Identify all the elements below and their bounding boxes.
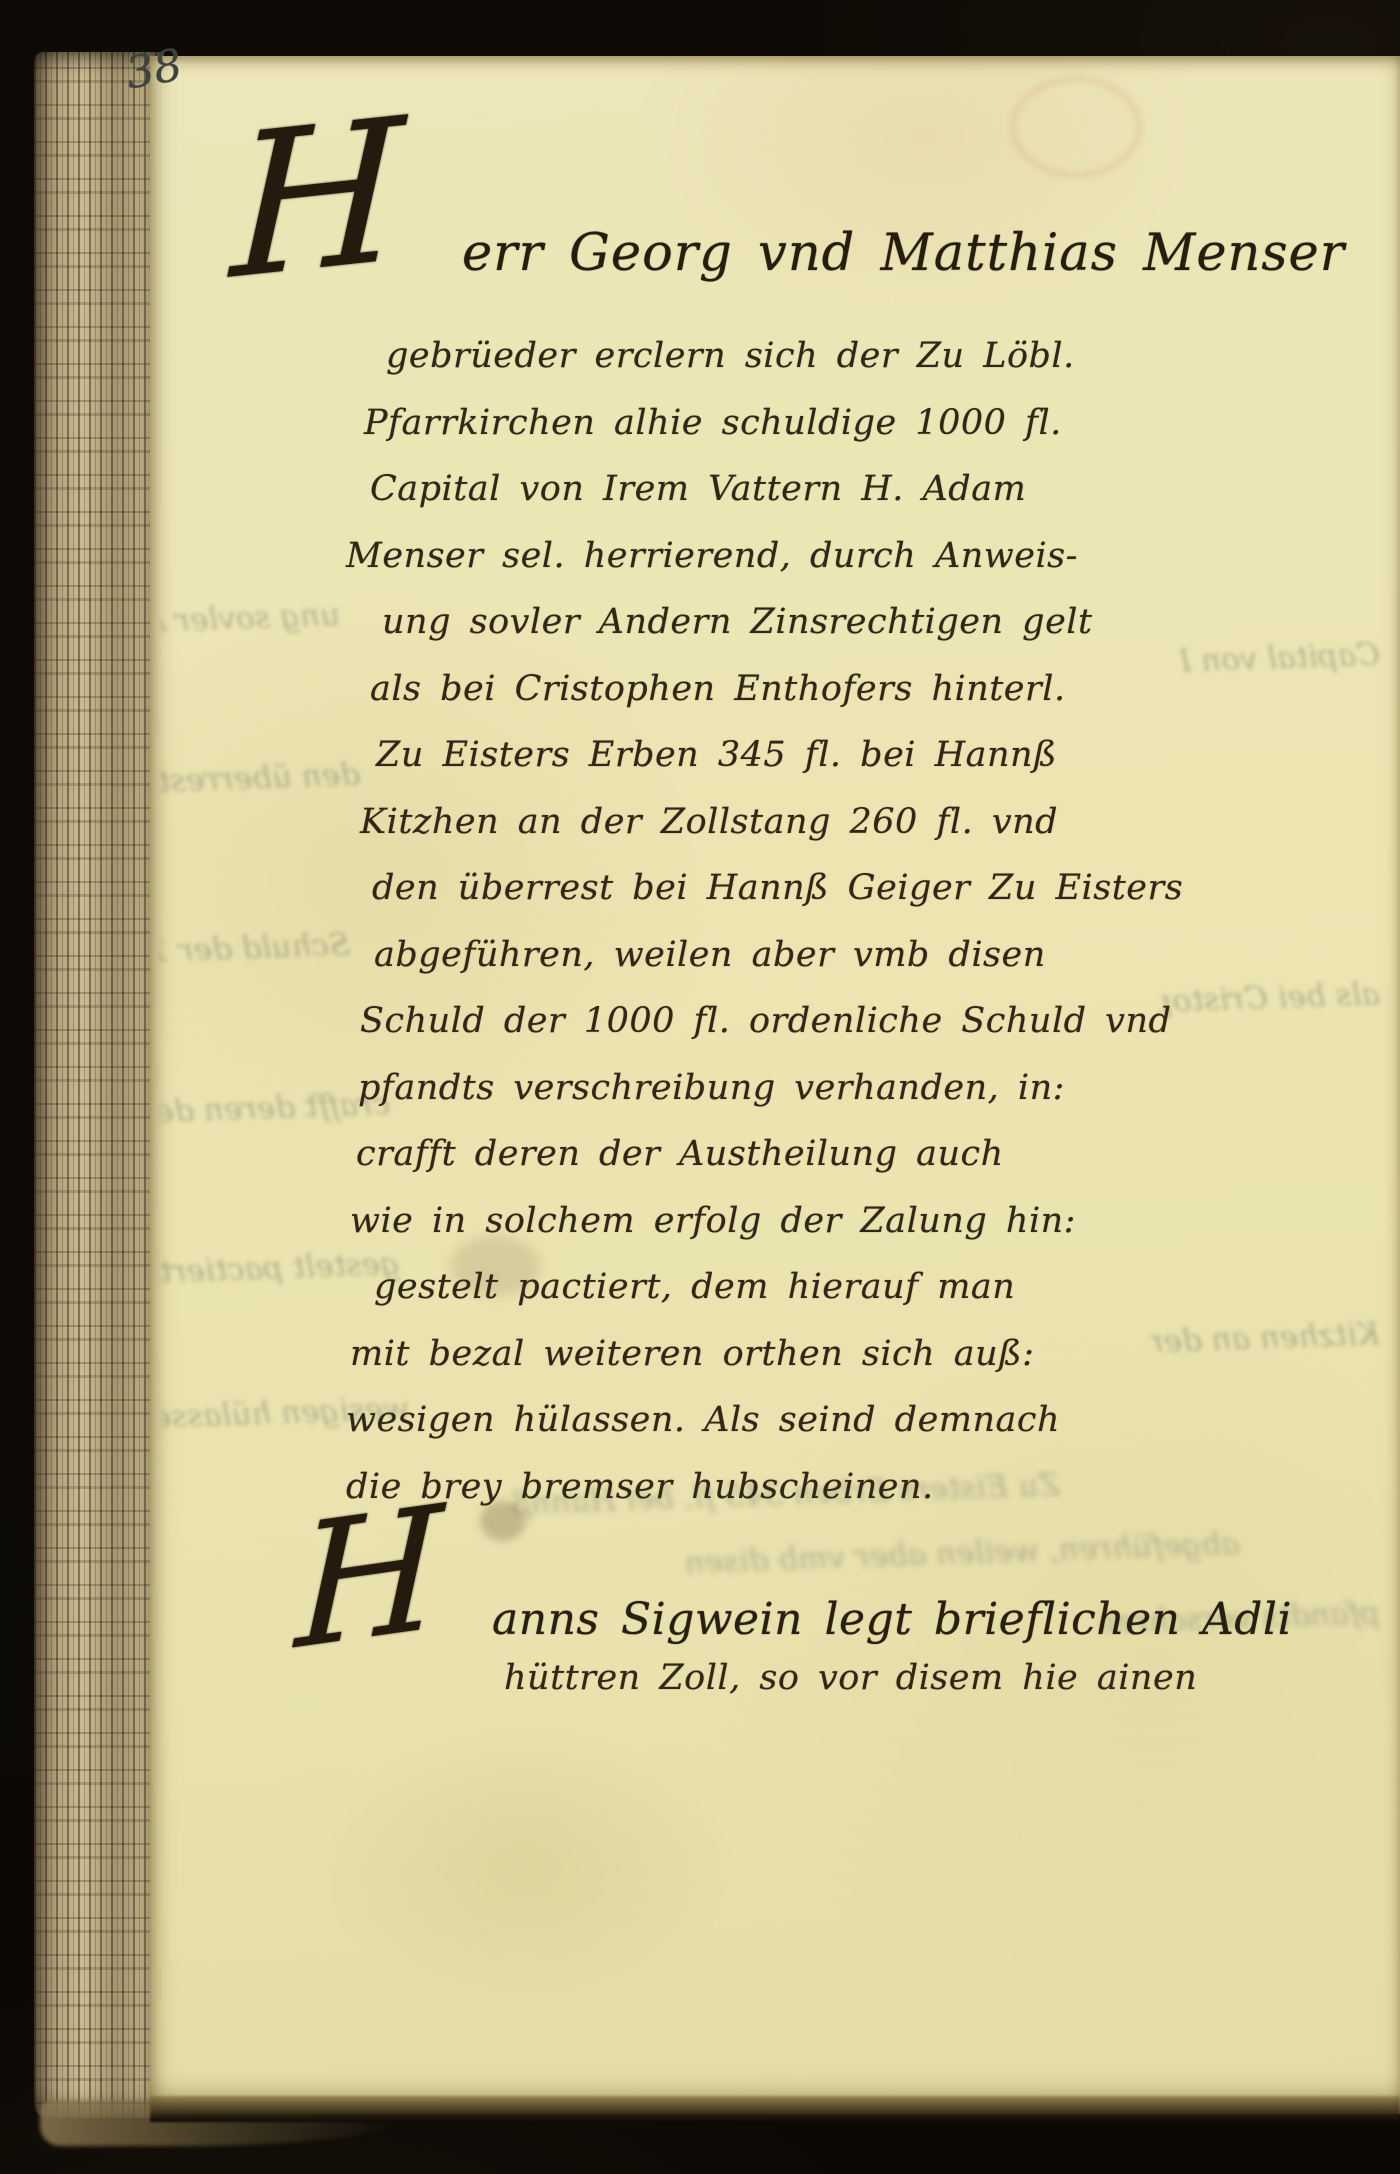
manuscript-line: Menser sel. herrierend, durch Anweis-: [330, 536, 1340, 603]
manuscript-line: Capital von Irem Vattern H. Adam: [330, 469, 1340, 536]
manuscript-line: als bei Cristophen Enthofers hinterl.: [330, 669, 1340, 736]
manuscript-line: Schuld der 1000 fl. ordenliche Schuld vn…: [330, 1001, 1340, 1068]
manuscript-line: abgeführen, weilen aber vmb disen: [330, 935, 1340, 1002]
manuscript-line: ung sovler Andern Zinsrechtigen gelt: [330, 602, 1340, 669]
entry-heading: err Georg vnd Matthias Menser: [462, 224, 1345, 283]
manuscript-line: Zu Eisters Erben 345 fl. bei Hannß: [330, 735, 1340, 802]
manuscript-line: den überrest bei Hannß Geiger Zu Eisters: [330, 868, 1340, 935]
manuscript-line: Pfarrkirchen alhie schuldige 1000 fl.: [330, 403, 1340, 470]
manuscript-line: wie in solchem erfolg der Zalung hin:: [330, 1201, 1340, 1268]
paper-stain: [1010, 76, 1142, 178]
page-number: 38: [122, 40, 186, 100]
heading-initial-flourish: H: [294, 1487, 445, 1670]
entry-body-text: gebrüeder erclern sich der Zu Löbl. Pfar…: [330, 336, 1340, 1533]
manuscript-line: pfandts verschreibung verhanden, in:: [330, 1068, 1340, 1135]
page-bottom-edge-shadow: [150, 2096, 1400, 2122]
manuscript-line: gestelt pactiert, dem hierauf man: [330, 1267, 1340, 1334]
heading-initial-flourish: H: [229, 100, 405, 300]
manuscript-line: Kitzhen an der Zollstang 260 fl. vnd: [330, 802, 1340, 869]
manuscript-line: hüttren Zoll, so vor disem hie ainen: [504, 1658, 1197, 1698]
manuscript-line: die brey bremser hubscheinen.: [330, 1467, 1340, 1534]
manuscript-line: wesigen hülassen. Als seind demnach: [330, 1400, 1340, 1467]
manuscript-line: mit bezal weiteren orthen sich auß:: [330, 1334, 1340, 1401]
manuscript-line: crafft deren der Austheilung auch: [330, 1134, 1340, 1201]
entry-heading: anns Sigwein legt brieflichen Adli: [492, 1594, 1292, 1645]
book-binding-edge: [34, 52, 164, 2118]
manuscript-line: gebrüeder erclern sich der Zu Löbl.: [330, 336, 1340, 403]
manuscript-scan: ung sovler Andern Zinsrechtigen gelt den…: [0, 0, 1400, 2174]
